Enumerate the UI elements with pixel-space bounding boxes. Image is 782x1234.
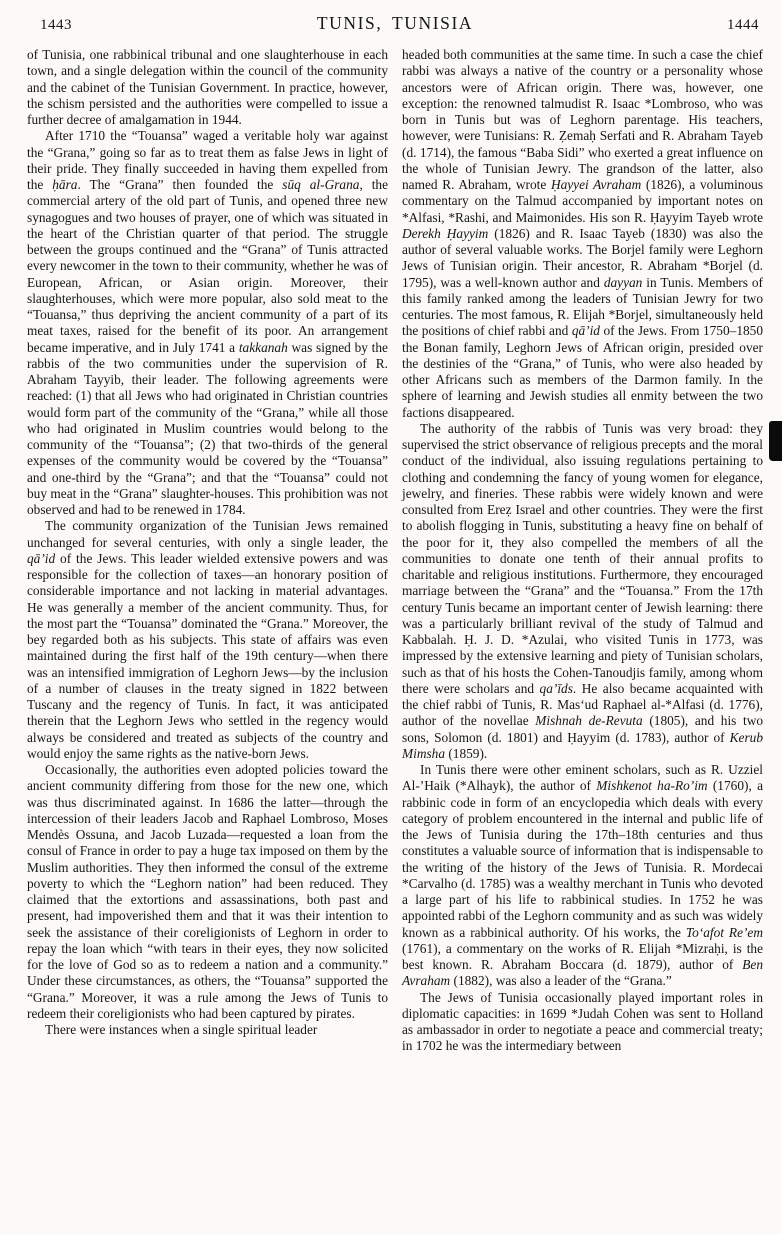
paragraph: headed both communities at the same time… (402, 47, 763, 421)
scan-artifact-ink-blot (769, 421, 782, 461)
page-number-left: 1443 (27, 17, 97, 34)
paragraph: The community organization of the Tunisi… (27, 518, 388, 762)
page-header: 1443 TUNIS, TUNISIA 1444 (27, 13, 763, 34)
page-number-right: 1444 (693, 17, 763, 34)
encyclopedia-page: 1443 TUNIS, TUNISIA 1444 of Tunisia, one… (0, 0, 782, 1234)
paragraph: In Tunis there were other eminent schola… (402, 762, 763, 990)
right-column: headed both communities at the same time… (402, 47, 763, 1055)
paragraph: After 1710 the “Touansa” waged a veritab… (27, 128, 388, 518)
text-columns: of Tunisia, one rabbinical tribunal and … (27, 47, 763, 1055)
paragraph: Occasionally, the authorities even adopt… (27, 762, 388, 1022)
paragraph: There were instances when a single spiri… (27, 1022, 388, 1038)
paragraph: The authority of the rabbis of Tunis was… (402, 421, 763, 762)
paragraph: of Tunisia, one rabbinical tribunal and … (27, 47, 388, 128)
page-title: TUNIS, TUNISIA (97, 13, 693, 34)
paragraph: The Jews of Tunisia occasionally played … (402, 990, 763, 1055)
left-column: of Tunisia, one rabbinical tribunal and … (27, 47, 388, 1055)
